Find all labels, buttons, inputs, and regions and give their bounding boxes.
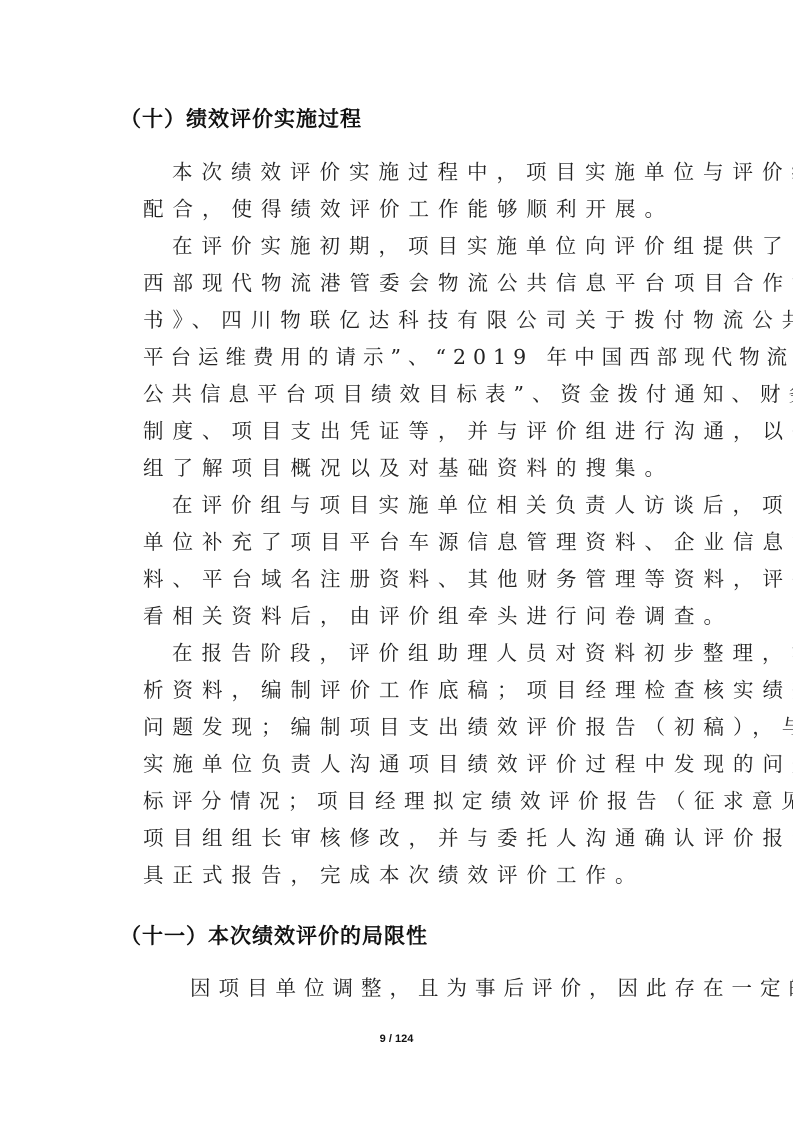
paragraph-line: 在报告阶段，评价组助理人员对资料初步整理，汇总分 <box>172 639 712 667</box>
paragraph-line: 因项目单位调整，且为事后评价，因此存在一定的局 <box>190 974 730 1002</box>
paragraph-line: 书》、四川物联亿达科技有限公司关于拨付物流公共信息 <box>143 306 683 334</box>
paragraph-line: 问题发现；编制项目支出绩效评价报告（初稿），与项目 <box>143 713 683 741</box>
paragraph-line: 制度、项目支出凭证等，并与评价组进行沟通，以便评价 <box>143 417 683 445</box>
paragraph-line: 在评价实施初期，项目实施单位向评价组提供了《中国 <box>172 232 712 260</box>
paragraph-line: 配合，使得绩效评价工作能够顺利开展。 <box>143 195 683 223</box>
section-heading-10: （十）绩效评价实施过程 <box>120 103 362 133</box>
paragraph-line: 西部现代物流港管委会物流公共信息平台项目合作协议 <box>143 269 683 297</box>
paragraph-line: 组了解项目概况以及对基础资料的搜集。 <box>143 454 683 482</box>
paragraph-line: 实施单位负责人沟通项目绩效评价过程中发现的问题和指 <box>143 750 683 778</box>
paragraph-line: 本次绩效评价实施过程中，项目实施单位与评价组密切 <box>172 158 712 186</box>
paragraph-line: 具正式报告，完成本次绩效评价工作。 <box>143 861 683 889</box>
paragraph-line: 看相关资料后，由评价组牵头进行问卷调查。 <box>143 602 683 630</box>
document-page: （十）绩效评价实施过程 本次绩效评价实施过程中，项目实施单位与评价组密切 配合，… <box>0 0 793 1122</box>
paragraph-line: 公共信息平台项目绩效目标表”、资金拨付通知、财务管理 <box>143 380 683 408</box>
paragraph-line: 单位补充了项目平台车源信息管理资料、企业信息管理资 <box>143 528 683 556</box>
paragraph-line: 标评分情况；项目经理拟定绩效评价报告（征求意见稿）； <box>143 787 683 815</box>
page-number: 9 / 124 <box>0 1033 793 1045</box>
paragraph-line: 析资料，编制评价工作底稿；项目经理检查核实绩效评价 <box>143 676 683 704</box>
paragraph-line: 平台运维费用的请示”、“2019 年中国西部现代物流港物流 <box>143 343 683 371</box>
section-heading-11: （十一）本次绩效评价的局限性 <box>120 920 428 950</box>
paragraph-line: 在评价组与项目实施单位相关负责人访谈后，项目实施 <box>172 491 712 519</box>
paragraph-line: 料、平台域名注册资料、其他财务管理等资料，评价组查 <box>143 565 683 593</box>
paragraph-line: 项目组组长审核修改，并与委托人沟通确认评价报告；出 <box>143 824 683 852</box>
